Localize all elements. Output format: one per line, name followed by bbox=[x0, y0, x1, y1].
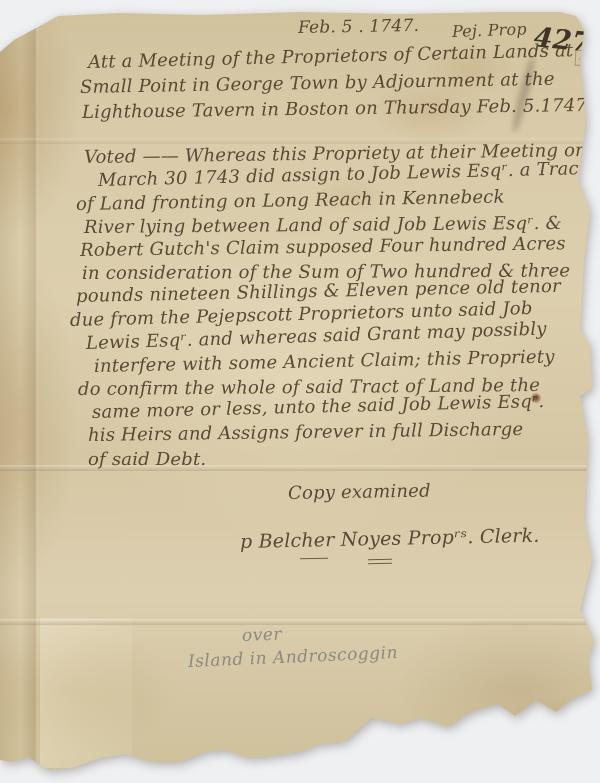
signature-underline bbox=[300, 558, 328, 560]
heading-line: Small Point in George Town by Adjournmen… bbox=[80, 69, 555, 98]
heading-line: Att a Meeting of the Proprietors of Cert… bbox=[88, 40, 574, 73]
clerk-signature: p Belcher Noyes Propʳˢ. Clerk. bbox=[240, 525, 540, 553]
pencil-note-island: Island in Androscoggin bbox=[188, 643, 399, 672]
heading-line: Lighthouse Tavern in Boston on Thursday … bbox=[82, 95, 587, 123]
pencil-note-over: over bbox=[242, 625, 283, 646]
body-line: of said Debt. bbox=[88, 449, 206, 470]
paper-sheet: Feb. 5 . 1747. Pej. Prop 427 A Att a Mee… bbox=[0, 0, 600, 783]
bottom-left-band bbox=[40, 618, 132, 768]
archive-stamp: A bbox=[575, 50, 590, 67]
docket-annotation: Pej. Prop bbox=[452, 19, 527, 41]
horizontal-crease bbox=[0, 619, 594, 625]
attestation-line: Copy examined bbox=[288, 481, 431, 504]
aged-paper: Feb. 5 . 1747. Pej. Prop 427 A Att a Mee… bbox=[0, 0, 600, 783]
body-line: of Land fronting on Long Reach in Kenneb… bbox=[76, 187, 505, 215]
left-fold-shading bbox=[0, 14, 38, 763]
body-line: his Heirs and Assigns forever in full Di… bbox=[88, 419, 524, 446]
date-annotation: Feb. 5 . 1747. bbox=[298, 16, 419, 38]
signature-double-underline bbox=[368, 559, 392, 565]
document-scan: Feb. 5 . 1747. Pej. Prop 427 A Att a Mee… bbox=[0, 0, 600, 783]
